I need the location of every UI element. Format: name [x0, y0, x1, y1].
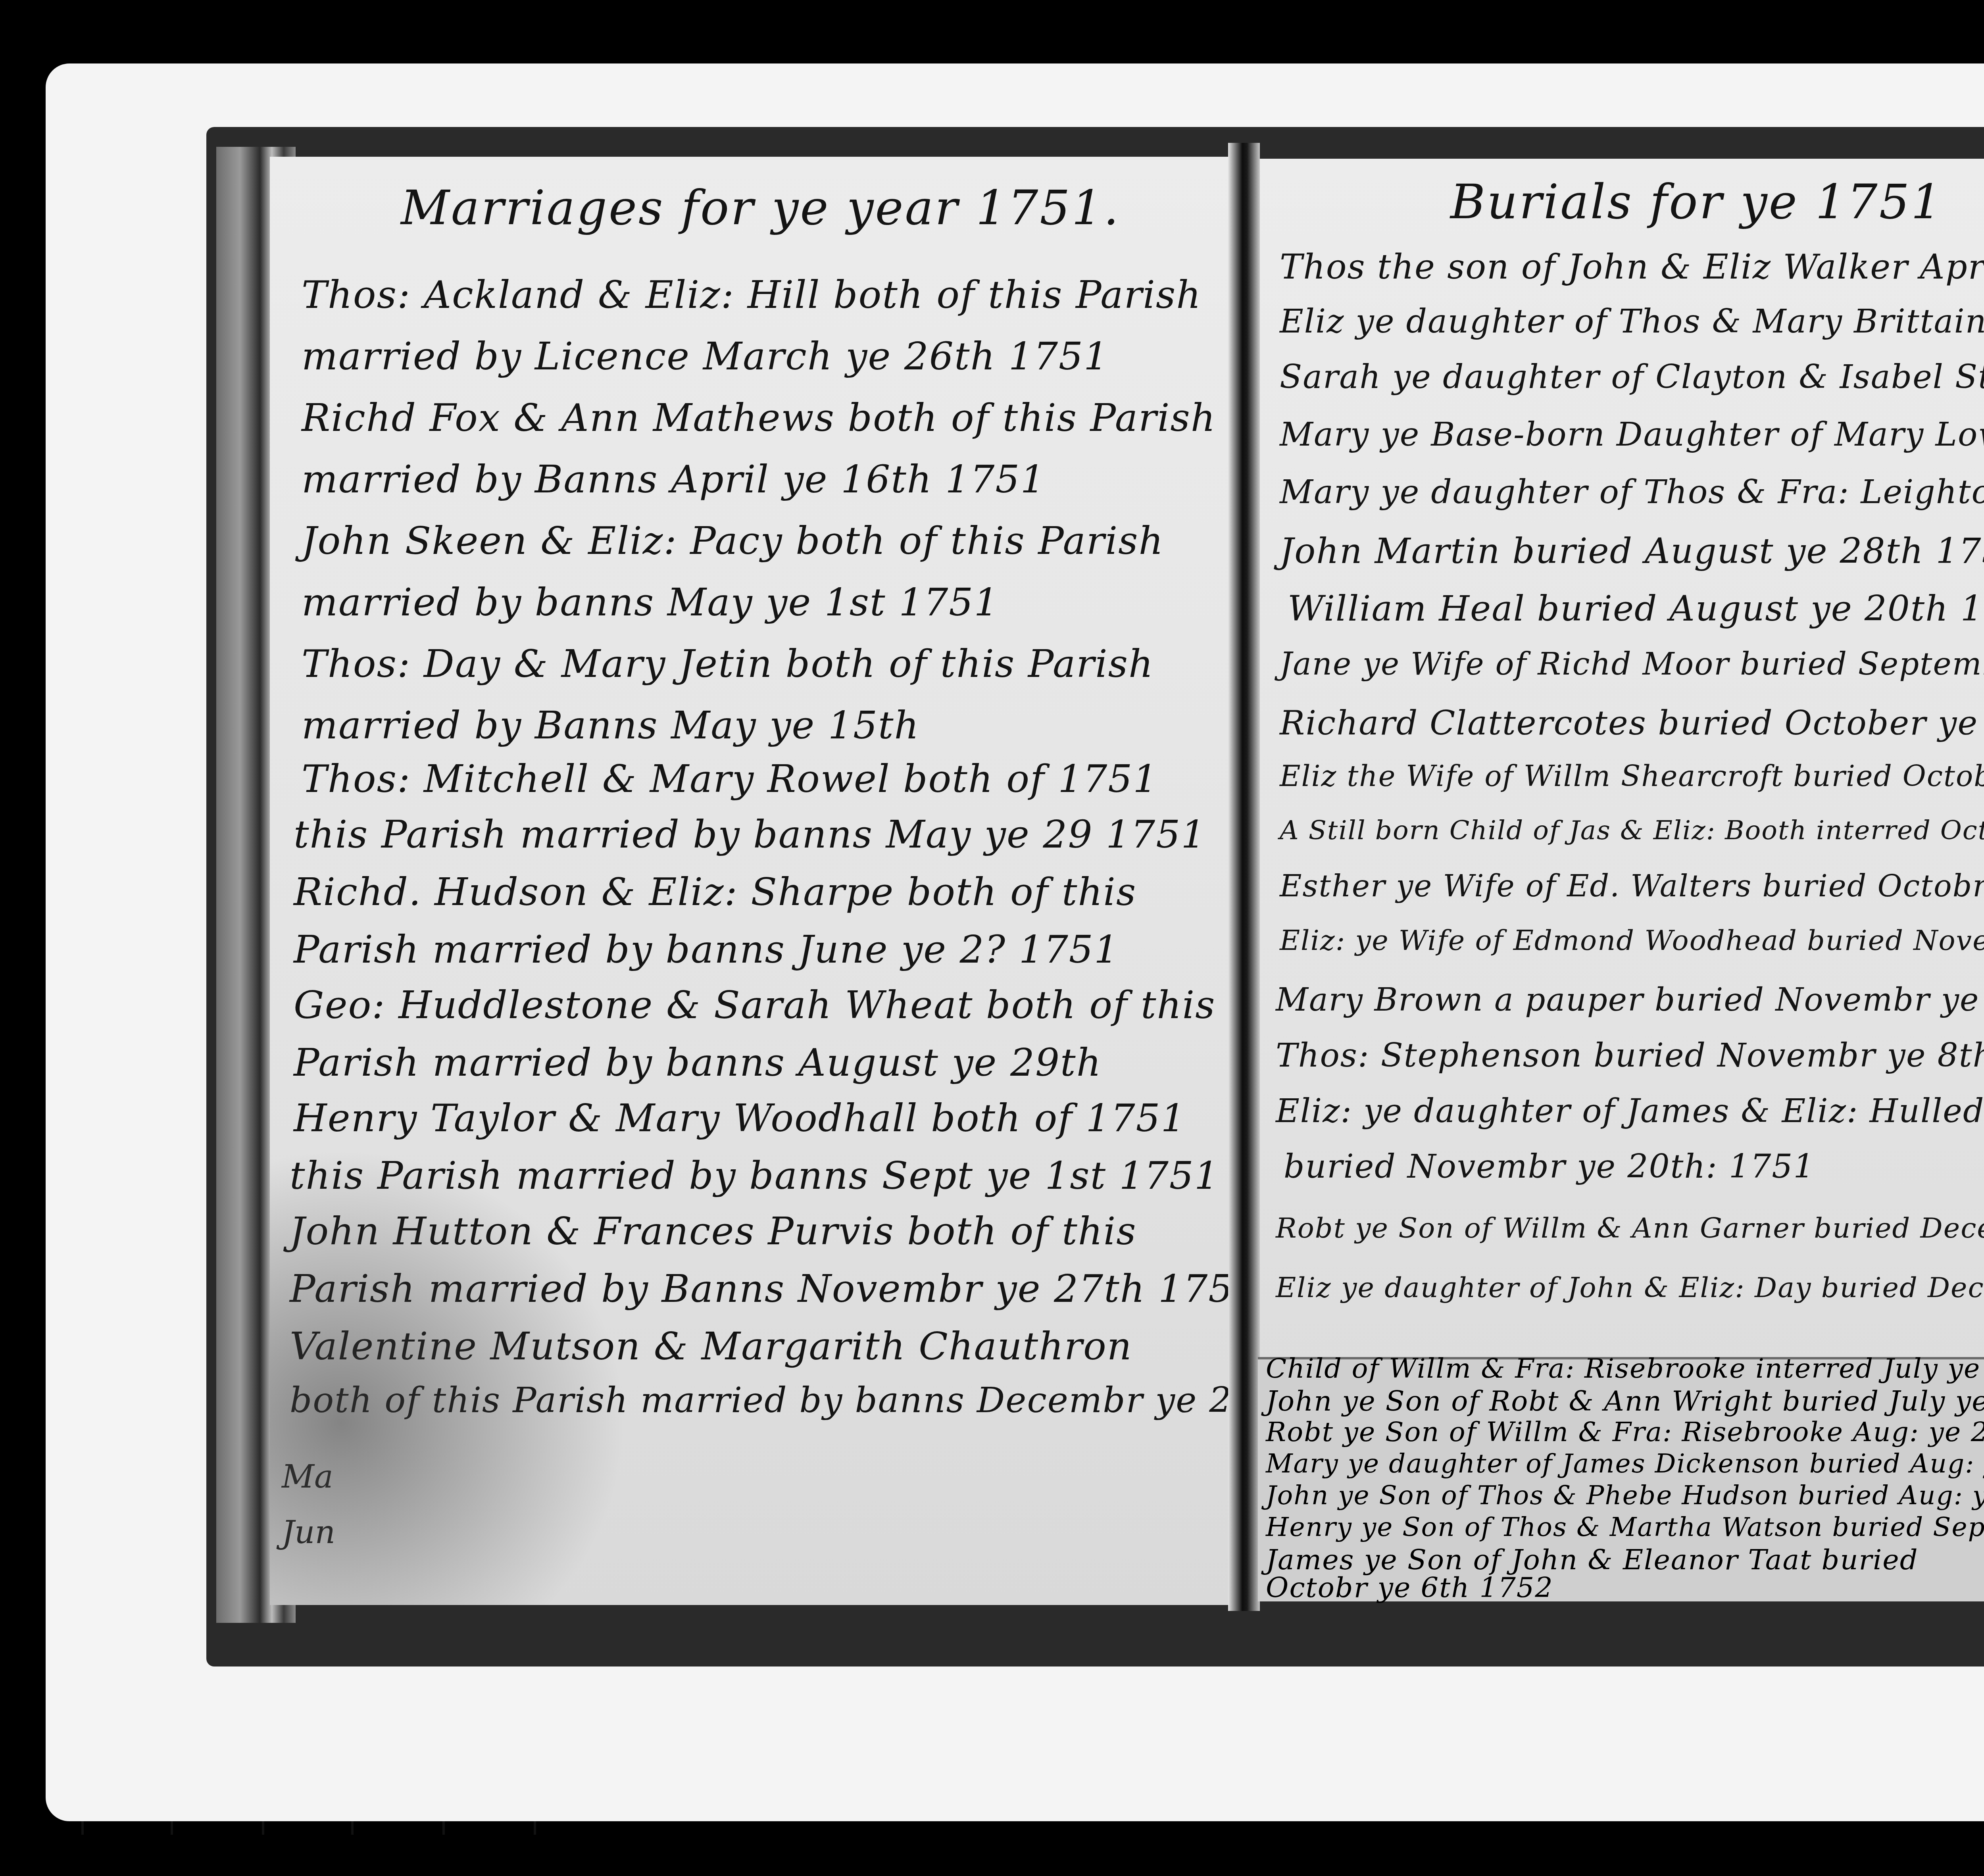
burial-line: Eliz: ye Wife of Edmond Woodhead buried …: [1280, 926, 1984, 954]
marriage-line: John Skeen & Eliz: Pacy both of this Par…: [302, 522, 1164, 560]
burial-line: Mary ye daughter of Thos & Fra: Leighton…: [1280, 476, 1984, 509]
burial-line: William Heal buried August ye 20th 1751: [1288, 591, 1984, 626]
slip-line: Henry ye Son of Thos & Martha Watson bur…: [1266, 1514, 1984, 1540]
slip-line: Octobr ye 6th 1752: [1266, 1574, 1553, 1601]
burial-line: Mary Brown a pauper buried Novembr ye 6t…: [1276, 984, 1984, 1016]
marriage-line: this Parish married by banns May ye 29 1…: [294, 815, 1206, 853]
book-spine: [1228, 143, 1260, 1611]
marriage-line: married by banns May ye 1st 1751: [302, 583, 999, 621]
slip-line: Child of Willm & Fra: Risebrooke interre…: [1266, 1355, 1984, 1382]
marriages-page: Marriages for ye year 1751. Thos: Acklan…: [270, 157, 1230, 1605]
burial-line: Robt ye Son of Willm & Ann Garner buried…: [1276, 1214, 1984, 1242]
burial-line: Thos: Stephenson buried Novembr ye 8th 1…: [1276, 1040, 1984, 1072]
burial-line: Mary ye Base-born Daughter of Mary Lowel…: [1280, 419, 1984, 451]
burial-line: Eliz the Wife of Willm Shearcroft buried…: [1280, 762, 1984, 790]
slip-line: James ye Son of John & Eleanor Taat buri…: [1266, 1546, 1919, 1574]
burial-line: Eliz ye daughter of John & Eliz: Day bur…: [1276, 1274, 1984, 1301]
slip-line: Robt ye Son of Willm & Fra: Risebrooke A…: [1266, 1419, 1984, 1446]
marriage-line: Henry Taylor & Mary Woodhall both of 175…: [294, 1099, 1186, 1137]
marriage-line: married by Banns May ye 15th: [302, 706, 919, 744]
marriage-line: Thos: Ackland & Eliz: Hill both of this …: [302, 276, 1202, 314]
burial-line: Jane ye Wife of Richd Moor buried Septem…: [1280, 649, 1984, 680]
slip-line: John ye Son of Robt & Ann Wright buried …: [1266, 1387, 1984, 1415]
marriage-line: Thos: Mitchell & Mary Rowel both of 1751: [302, 760, 1158, 798]
burial-line: Eliz: ye daughter of James & Eliz: Hulle…: [1276, 1095, 1984, 1128]
margin-note: Ma: [282, 1458, 333, 1495]
marriage-line: Richd Fox & Ann Mathews both of this Par…: [302, 399, 1216, 437]
slip-line: John ye Son of Thos & Phebe Hudson burie…: [1266, 1482, 1984, 1509]
burials-title: Burials for ye 1751: [1450, 175, 1943, 230]
marriage-line: this Parish married by banns Sept ye 1st…: [290, 1157, 1219, 1195]
marriage-line: Geo: Huddlestone & Sarah Wheat both of t…: [294, 986, 1215, 1024]
burial-line: Sarah ye daughter of Clayton & Isabel St…: [1280, 361, 1984, 394]
marriage-line: Parish married by Banns Novembr ye 27th …: [290, 1270, 1258, 1308]
marriage-line: married by Licence March ye 26th 1751: [302, 337, 1109, 375]
pasted-slip-1752: Child of Willm & Fra: Risebrooke interre…: [1258, 1357, 1984, 1601]
burial-line: Eliz ye daughter of Thos & Mary Brittain…: [1280, 306, 1984, 338]
burial-line: John Martin buried August ye 28th 1751: [1280, 534, 1984, 569]
marriage-line: John Hutton & Frances Purvis both of thi…: [290, 1212, 1137, 1250]
marriage-line: Parish married by banns June ye 2? 1751: [294, 930, 1119, 969]
marriages-title: Marriages for ye year 1751.: [401, 181, 1120, 236]
burial-line: Richard Clattercotes buried October ye 1…: [1280, 706, 1984, 740]
burial-line: buried Novembr ye 20th: 1751: [1284, 1151, 1815, 1183]
slip-line: Mary ye daughter of James Dickenson buri…: [1266, 1451, 1984, 1477]
marriage-line: married by Banns April ye 16th 1751: [302, 460, 1046, 498]
frame-ticks: [46, 1821, 1984, 1837]
burial-line: A Still born Child of Jas & Eliz: Booth …: [1280, 817, 1984, 844]
margin-note: Jun: [282, 1514, 335, 1551]
marriage-line: Thos: Day & Mary Jetin both of this Pari…: [302, 645, 1154, 683]
burial-line: Thos the son of John & Eliz Walker April…: [1280, 250, 1984, 284]
burial-line: Esther ye Wife of Ed. Walters buried Oct…: [1280, 871, 1984, 901]
marriage-line: Richd. Hudson & Eliz: Sharpe both of thi…: [294, 873, 1136, 911]
marriage-line: Valentine Mutson & Margarith Chauthron: [290, 1327, 1132, 1365]
marriage-line: Parish married by banns August ye 29th: [294, 1044, 1102, 1082]
